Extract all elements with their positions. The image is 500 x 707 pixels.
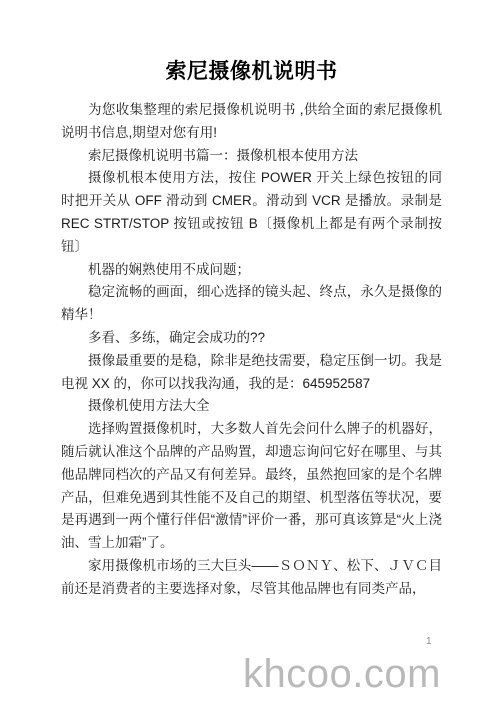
watermark: khcoo.com (243, 652, 441, 697)
document-title: 索尼摄像机说明书 (61, 58, 442, 85)
paragraph: 索尼摄像机说明书篇一：摄像机根本使用方法 (61, 145, 442, 168)
document-title-text: 索尼摄像机说明书 (166, 60, 338, 83)
paragraph: 摄像最重要的是稳，除非是绝技需要，稳定压倒一切。我是电视 XX 的，你可以找我沟… (61, 350, 442, 396)
paragraph: 多看、多练，确定会成功的?? (61, 327, 442, 350)
paragraph: 为您收集整理的索尼摄像机说明书 ,供给全面的索尼摄像机说明书信息,期望对您有用! (61, 99, 442, 145)
document-content: 索尼摄像机说明书 为您收集整理的索尼摄像机说明书 ,供给全面的索尼摄像机说明书信… (61, 58, 442, 601)
paragraph: 摄像机使用方法大全 (61, 395, 442, 418)
paragraph: 稳定流畅的画面，细心选择的镜头起、终点，永久是摄像的 精华！ (61, 281, 442, 327)
paragraph: 选择购置摄像机时，大多数人首先会问什么牌子的机器好，随后就认准这个品牌的产品购置… (61, 418, 442, 555)
paragraph: 摄像机根本使用方法，按住 POWER 开关上绿色按钮的同时把开关从 OFF 滑动… (61, 167, 442, 258)
document-page: 索尼摄像机说明书 为您收集整理的索尼摄像机说明书 ,供给全面的索尼摄像机说明书信… (0, 0, 500, 707)
paragraph: 家用摄像机市场的三大巨头——ＳＯＮＹ、松下、ＪＶＣ目前还是消费者的主要选择对象，… (61, 555, 442, 601)
page-number: 1 (426, 636, 432, 647)
paragraph: 机器的娴熟使用不成问题； (61, 259, 442, 282)
